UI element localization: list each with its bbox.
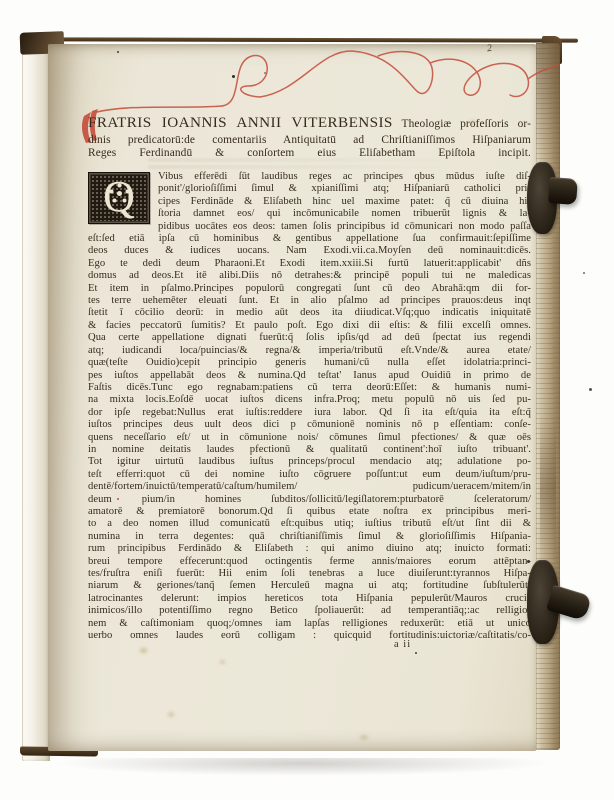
- text-line: cipes Ferdināde & Eliſabeth hinc uel max…: [88, 196, 531, 208]
- foxing-spot: [360, 735, 368, 740]
- text-line: rum principibus Ferdinādo & Eliſabeth : …: [88, 543, 531, 555]
- text-line: pidibus uocātes eos deos: tamen ſolis pr…: [88, 221, 531, 233]
- text-line: Et item in pſalmo.Principes populorū con…: [88, 283, 531, 295]
- ink-dot: [415, 652, 417, 654]
- text-line: breui tempore effecerunt:quod octingenti…: [88, 556, 531, 568]
- text-line: teſt efferri:quot cū dei nomine iuſto cō…: [88, 469, 531, 481]
- epistle-body: Q Vibus efferēdi ſūt laudibus reges ac p…: [88, 171, 531, 642]
- foxing-spot: [220, 660, 225, 664]
- text-line: Ego te dedi deum Pharaoni.Et Exodi item.…: [88, 258, 531, 270]
- text-line: pes iuſtos appellabāt deos & numina.Qd t…: [88, 370, 531, 382]
- text-line: uerbo omnes laudes eorū colligam : quicq…: [88, 630, 531, 642]
- text-line: to a deo nomen illud comunicatū eſt:quib…: [88, 518, 531, 530]
- ink-speck: [232, 75, 235, 78]
- fore-edge-dark-patch: [536, 43, 560, 163]
- text-line: amatorē & premiatorē bonorum.Qd ſi quibu…: [88, 506, 531, 518]
- text-line: inimicos/illo potentiſſimo regno Betico …: [88, 605, 531, 617]
- gutter-leaf-edges: [22, 39, 50, 761]
- text-line: na mixta locis.Eoſdē uocat iuſtos dicens…: [88, 394, 531, 406]
- incipit-title-caps: FRATRIS IOANNIS ANNII VITERBENSIS: [88, 114, 393, 131]
- incipit-title-line-1-rest: Theologiæ profeſſoris or-: [402, 118, 531, 130]
- foxing-spot: [140, 648, 147, 653]
- text-line: ſtetit ī cōcilio deorū: in medio aūt deo…: [88, 307, 531, 319]
- initial-letter: Q: [89, 172, 149, 222]
- text-line: latrocinantes delerunt: impios hereticos…: [88, 593, 531, 605]
- text-line: deum pium/in homines ſubditos/ſollicitū/…: [88, 494, 531, 506]
- text-line: numina in terra degentes: quā chriſtiani…: [88, 531, 531, 543]
- incipit-title-line-1: FRATRIS IOANNIS ANNII VITERBENSIS Theolo…: [88, 113, 531, 134]
- show-through-text: [148, 158, 448, 170]
- text-line: in nomine deitatis laudes pfectionū & qu…: [88, 444, 531, 456]
- text-line: quæ(teſte Ouidio)cepit principio generis…: [88, 357, 531, 369]
- red-ink-speck: [117, 498, 119, 500]
- text-block: FRATRIS IOANNIS ANNII VITERBENSIS Theolo…: [88, 113, 531, 642]
- ink-speck: [117, 51, 119, 53]
- text-line: ponit'/glorioſiſſimi ſimul & xpianiſſimi…: [88, 183, 531, 195]
- ink-speck: [583, 272, 585, 274]
- text-line: eſt:ſed etiā ipſa cū hominibus & gentibu…: [88, 233, 531, 245]
- woodcut-initial-q: Q: [88, 172, 150, 224]
- text-line: Vibus efferēdi ſūt laudibus reges ac pri…: [88, 171, 531, 183]
- ink-speck: [527, 560, 530, 563]
- text-line: domus ad deos.Et itē alibi.Diis nō detra…: [88, 270, 531, 282]
- book-photo: 2 FRATRIS IOANNIS ANNII VITERBENSIS Theo…: [0, 0, 614, 800]
- book-drop-shadow: [52, 758, 552, 776]
- ink-speck: [589, 388, 592, 391]
- text-line: ſtoria damnet eos/ qui incōmunicabile no…: [88, 208, 531, 220]
- text-line: dentē/fortem/inuictū/temperatū/caſtum/hu…: [88, 481, 531, 493]
- text-line: & facies peccatorū ſumitis? Et paulo poſ…: [88, 320, 531, 332]
- foxing-spot: [470, 120, 476, 125]
- ink-speck: [264, 72, 266, 74]
- text-line: Faſtis dicēs.Tunc ego regnabam:patiens c…: [88, 382, 531, 394]
- text-line: quens neceſſario eſt/ ut in cōmunione no…: [88, 432, 531, 444]
- foxing-spot: [168, 712, 174, 717]
- fore-edge-dark-patch: [540, 413, 556, 563]
- incipit-title-line-2: dinis predicatorū:de comentariis Antiqui…: [88, 134, 531, 147]
- text-line: niarum & geriones/tanq̃ ſemen Herculeū m…: [88, 580, 531, 592]
- text-line: iuſtos principes deus uult deos dici p c…: [88, 419, 531, 431]
- rosette-icon: [117, 191, 122, 196]
- text-line: tes/fruſtra eniſi fuerūt: Hii enim ſoli …: [88, 568, 531, 580]
- text-line: Qua certe appellatione dignati fuerūt:q̃…: [88, 332, 531, 344]
- cover-top-edge: [56, 37, 578, 42]
- text-line: dor ipſe regebat:Nullus erat iuſtis:redd…: [88, 407, 531, 419]
- text-line: tes terre uehemēter eleuati ſunt. Et in …: [88, 295, 531, 307]
- clasp-hook-icon: [548, 177, 578, 205]
- text-line: deos duces & iudices uocans. Nam Exodi.v…: [88, 245, 531, 257]
- text-line: atq; iudicandi loca/puincias/& regna/& i…: [88, 345, 531, 357]
- signature-mark: a ii: [394, 639, 411, 650]
- text-line: nem & caſtimoniam quoq;/omnes iam lapſas…: [88, 618, 531, 630]
- text-line: Tot igitur uirtutū laudibus iuſtus princ…: [88, 456, 531, 468]
